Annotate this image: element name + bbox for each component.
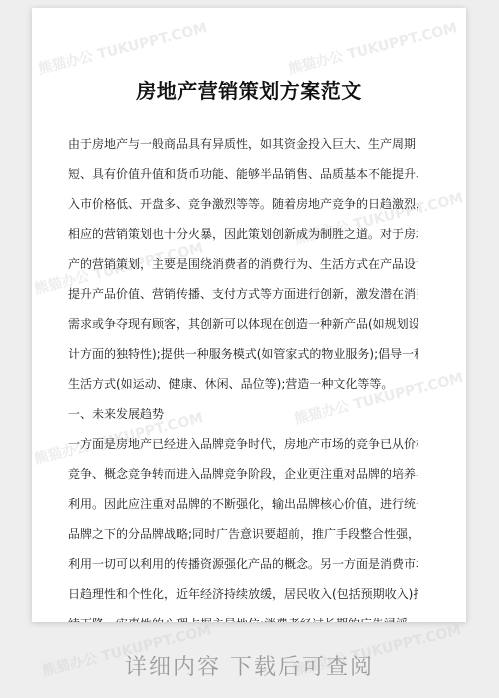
document-title: 房地产营销策划方案范文 xyxy=(32,75,466,104)
body-line: 相应的营销策划也十分火暴，因此策划创新成为制胜之道。对于房地 xyxy=(68,219,418,249)
body-line: 利用。因此应注重对品牌的不断强化，输出品牌核心价值，进行统一 xyxy=(68,489,418,519)
body-line: 短、具有价值升值和货币功能、能够半品销售、品质基本不能提升、 xyxy=(68,159,418,189)
body-line: 由于房地产与一般商品具有异质性，如其资金投入巨大、生产周期 xyxy=(68,129,418,159)
body-line: 续下降，实惠性的心理占据主导地位;消费者经过长期的广告浸淫， xyxy=(68,609,418,622)
body-line: 利用一切可以利用的传播资源强化产品的概念。另一方面是消费市场 xyxy=(68,549,418,579)
body-line: 入市价格低、开盘多、竞争激烈等等。随着房地产竞争的日趋激烈， xyxy=(68,189,418,219)
body-line: 提升产品价值、营销传播、支付方式等方面进行创新，激发潜在消费 xyxy=(68,279,418,309)
body-line: 生活方式(如运动、健康、休闲、品位等);营造一种文化等等。 xyxy=(68,369,418,399)
watermark: 熊猫办公 TUKUPPT.COM xyxy=(36,17,209,78)
body-line: 竞争、概念竞争转而进入品牌竞争阶段，企业更注重对品牌的培养与 xyxy=(68,459,418,489)
body-line: 计方面的独特性);提供一种服务模式(如管家式的物业服务);倡导一种 xyxy=(68,339,418,369)
body-line: 需求或争夺现有顾客，其创新可以体现在创造一种新产品(如规划设 xyxy=(68,309,418,339)
body-line: 品牌之下的分品牌战略;同时广告意识要超前，推广手段整合性强， xyxy=(68,519,418,549)
download-notice: 详细内容 下载后可查阅 xyxy=(0,650,499,681)
body-line: 一方面是房地产已经进入品牌竞争时代，房地产市场的竞争已从价格 xyxy=(68,429,418,459)
body-line: 产的营销策划，主要是围绕消费者的消费行为、生活方式在产品设计、 xyxy=(68,249,418,279)
document-body: 由于房地产与一般商品具有异质性，如其资金投入巨大、生产周期 短、具有价值升值和货… xyxy=(68,129,418,622)
document-page: 熊猫办公 TUKUPPT.COM 熊猫办公 TUKUPPT.COM 熊猫办公 T… xyxy=(32,8,466,622)
watermark: 熊猫办公 TUKUPPT.COM xyxy=(286,17,459,78)
body-line: 日趋理性和个性化，近年经济持续放缓，居民收入(包括预期收入)持 xyxy=(68,579,418,609)
section-heading: 一、未来发展趋势 xyxy=(68,399,418,429)
